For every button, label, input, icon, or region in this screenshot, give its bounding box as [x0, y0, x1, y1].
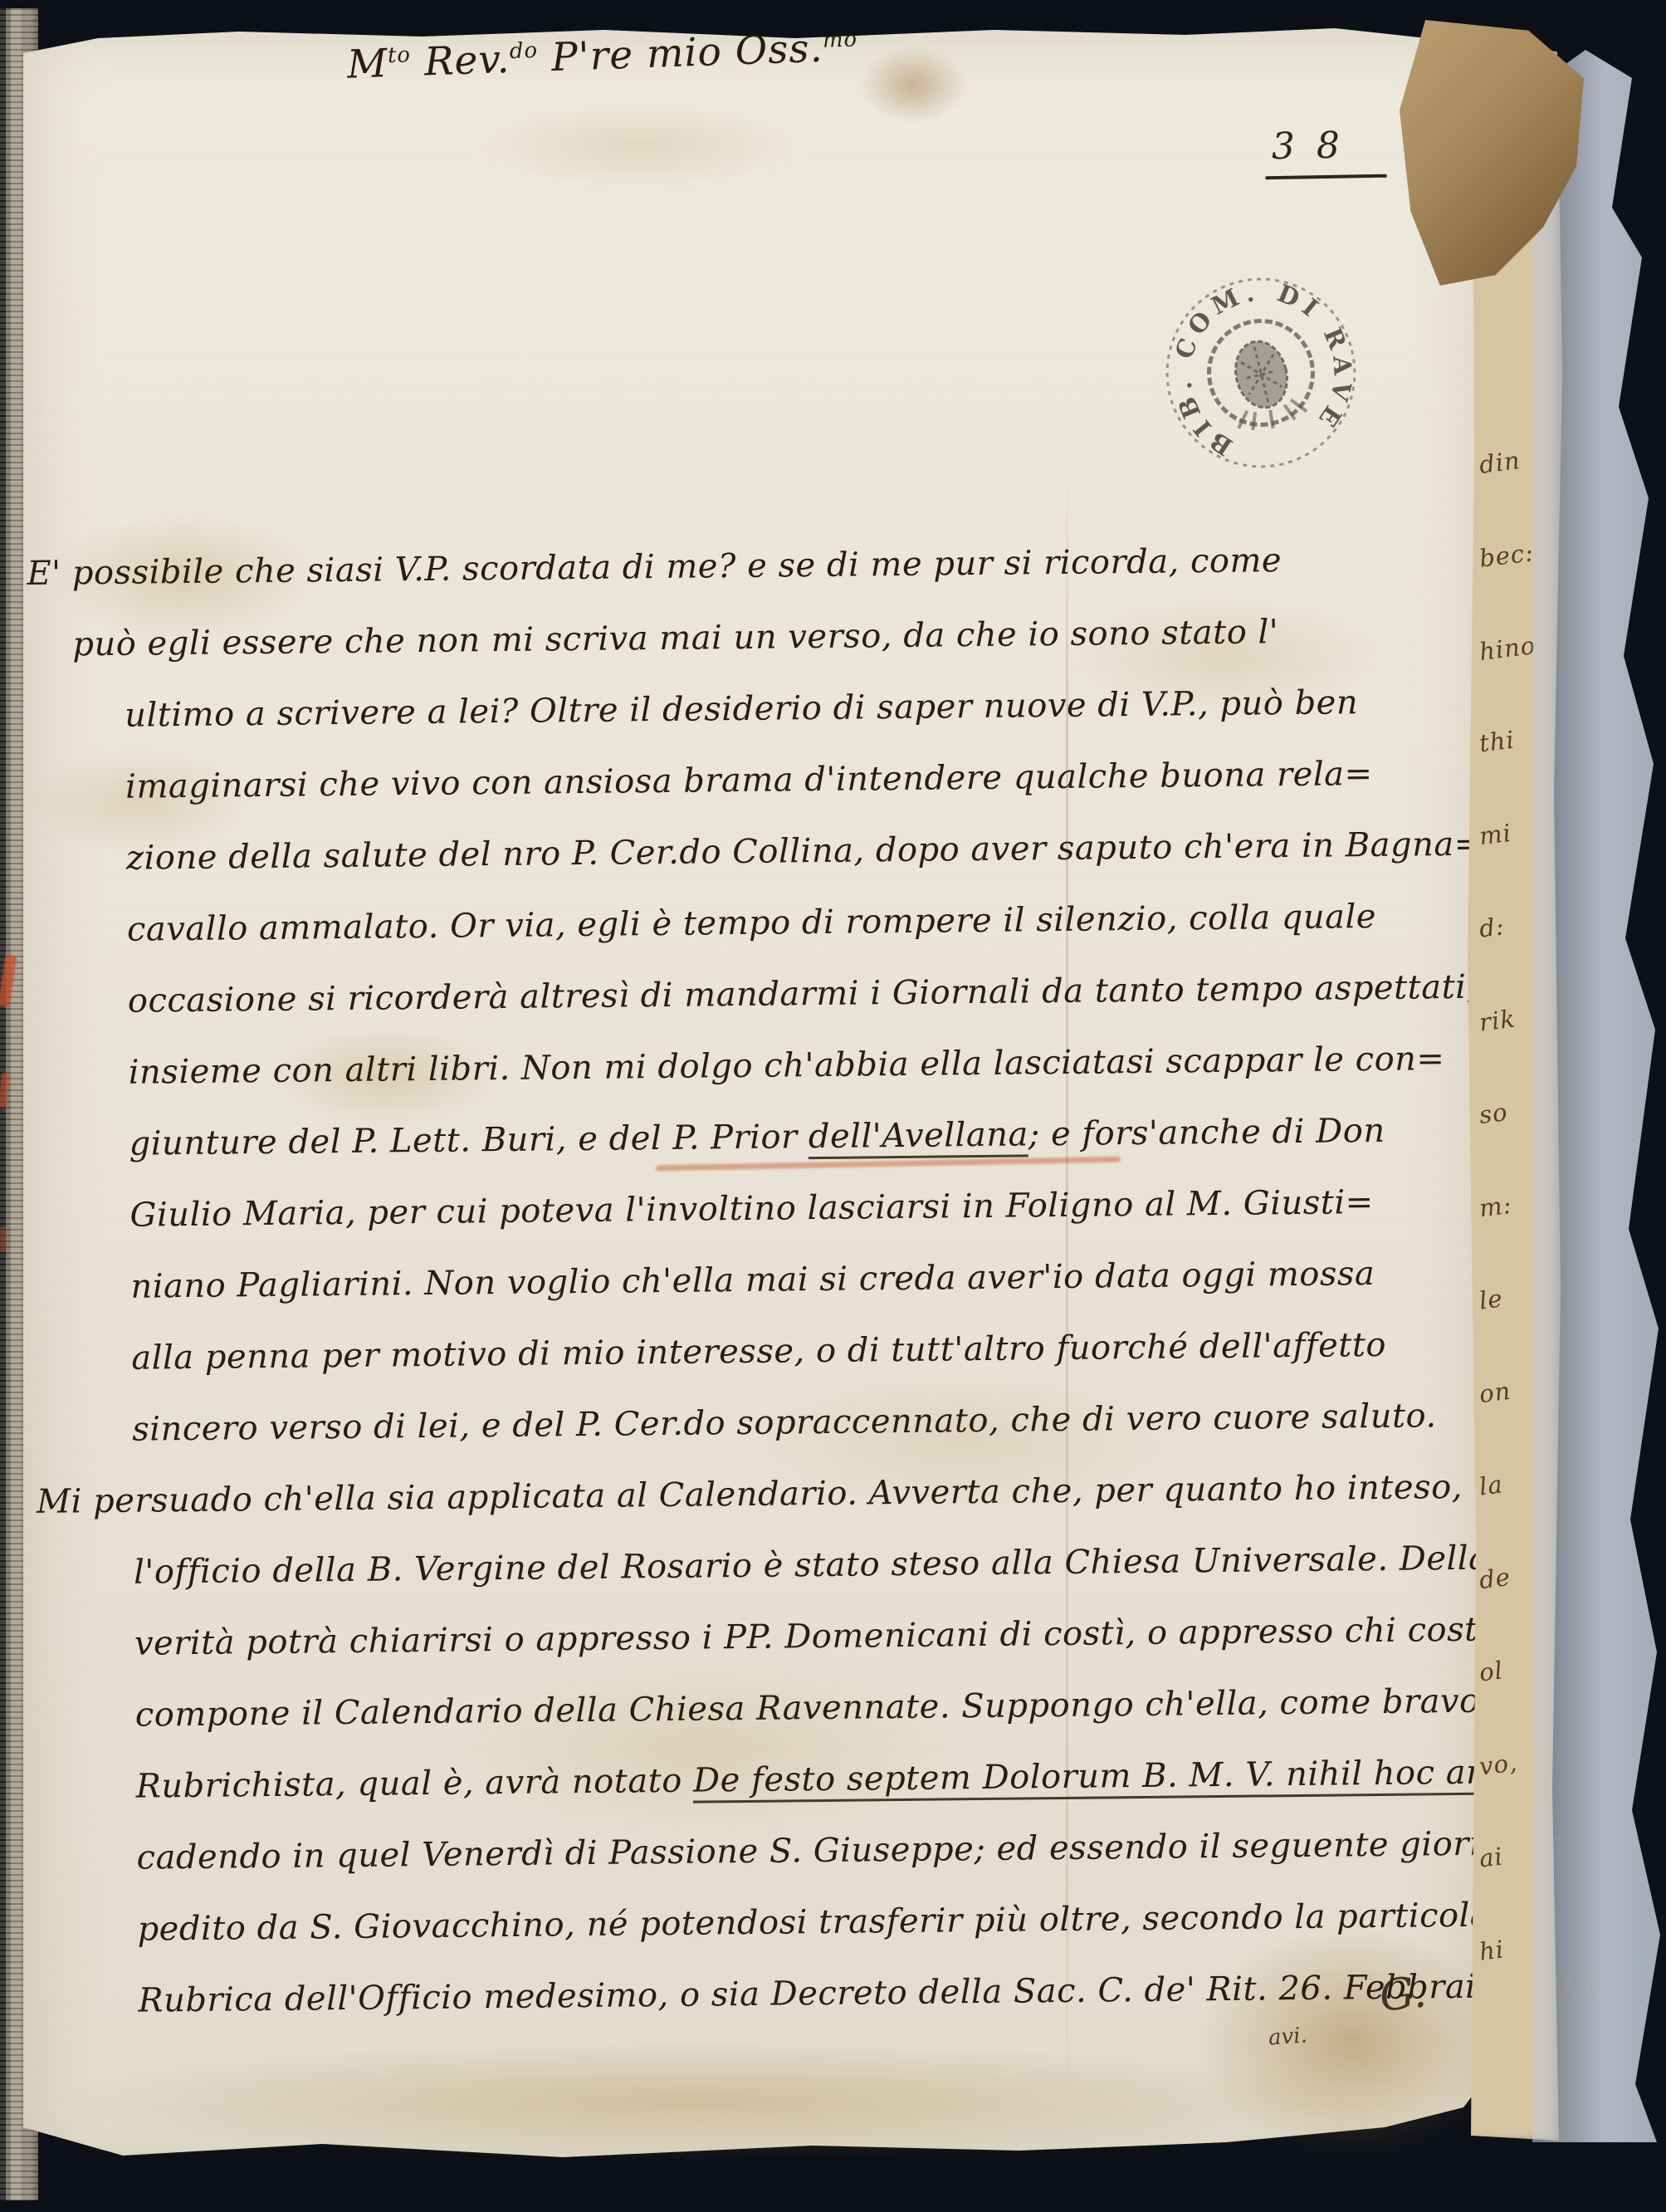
text-segment: Mi persuado ch'ella sia applicata al Cal…: [37, 1468, 1463, 1521]
text-segment: verità potrà chiarirsi o appresso i PP. …: [134, 1611, 1490, 1663]
text-segment: occasione si ricorderà altresì di mandar…: [128, 968, 1478, 1020]
bleed-through-fragment: ol: [1478, 1656, 1505, 1686]
text-segment: sincero verso di lei, e del P. Cer.do so…: [132, 1397, 1437, 1448]
bleed-through-fragment: thi: [1478, 726, 1516, 758]
text-segment: zione della salute del nro P. Cer.do Col…: [126, 825, 1483, 878]
bleed-through-fragment: m:: [1478, 1191, 1513, 1223]
bleed-through-fragment: mi: [1478, 819, 1513, 850]
text-segment: M: [346, 41, 388, 88]
text-segment: Rev.: [410, 37, 511, 86]
text-segment: E' possibile che siasi V.P. scordata di …: [27, 541, 1282, 593]
text-segment: ; e fors'anche di Don: [1028, 1112, 1385, 1153]
folio-number: 38: [1264, 124, 1386, 180]
text-segment: mo: [823, 27, 858, 52]
text-segment: dell'Avellana: [809, 1115, 1028, 1159]
letter-body: E' possibile che siasi V.P. scordata di …: [25, 523, 1489, 2038]
closing-paraph: G.: [1377, 1967, 1429, 2022]
bleed-through-fragment: so: [1478, 1098, 1509, 1129]
bleed-through-fragment: ai: [1478, 1842, 1505, 1872]
text-segment: imaginarsi che vivo con ansiosa brama d'…: [125, 755, 1373, 806]
text-segment: pedito da S. Giovacchino, né potendosi t…: [137, 1896, 1507, 1948]
text-segment: compone il Calendario della Chiesa Raven…: [135, 1682, 1480, 1735]
text-segment: De festo septem Dolorum B. M. V. nihil h…: [693, 1753, 1531, 1803]
bleed-through-fragment: d:: [1478, 912, 1506, 942]
bleed-through-fragment: hino: [1478, 631, 1537, 666]
text-segment: cadendo in quel Venerdì di Passione S. G…: [136, 1823, 1594, 1877]
text-segment: Giulio Maria, per cui poteva l'involtino…: [129, 1183, 1374, 1235]
bleed-through-fragment: din: [1478, 446, 1522, 479]
text-segment: cavallo ammalato. Or via, egli è tempo d…: [127, 898, 1376, 949]
text-segment: Rubrichista, qual è, avrà notato: [136, 1762, 694, 1806]
text-segment: alla penna per motivo di mio interesse, …: [131, 1326, 1386, 1378]
text-segment: insieme con altri libri. Non mi dolgo ch…: [129, 1040, 1445, 1092]
bleed-through-fragment: la: [1478, 1470, 1505, 1500]
red-edge-mark: [0, 1227, 7, 1252]
bleed-through-fragment: le: [1478, 1284, 1504, 1314]
pine-cone-icon: [1219, 334, 1309, 437]
bleed-through-fragment: hi: [1478, 1935, 1506, 1965]
text-segment: giunture del P. Lett. Buri, e del P. Pri…: [129, 1118, 809, 1163]
bleed-through-fragment: bec:: [1478, 538, 1535, 573]
bleed-through-fragment: de: [1478, 1563, 1512, 1594]
bleed-through-fragment: vo,: [1478, 1748, 1519, 1780]
text-segment: to: [387, 42, 411, 68]
bleed-through-fragment: on: [1478, 1377, 1512, 1408]
text-segment: niano Pagliarini. Non voglio ch'ella mai…: [130, 1255, 1375, 1306]
tissue-interleaf: [1532, 50, 1664, 2142]
bleed-through-fragment: rik: [1478, 1004, 1517, 1036]
text-segment: ultimo a scrivere a lei? Oltre il deside…: [125, 683, 1358, 735]
text-segment: do: [509, 38, 538, 64]
manuscript-photograph: Mto Rev.do P're mio Oss.mo 38 BIB. COM. …: [0, 0, 1666, 2212]
text-segment: può egli essere che non mi scriva mai un…: [72, 613, 1278, 663]
text-segment: l'officio della B. Vergine del Rosario è…: [134, 1539, 1489, 1592]
closing-mark: avi.: [1268, 2023, 1308, 2050]
